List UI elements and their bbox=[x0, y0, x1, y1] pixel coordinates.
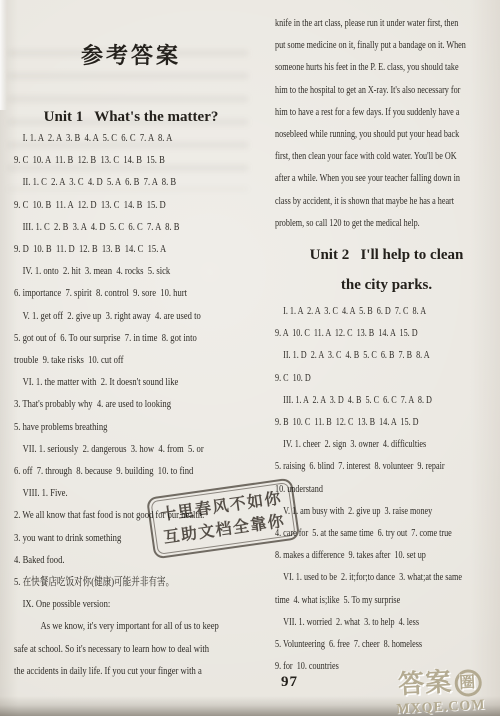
unit2-header-line2: the city parks. bbox=[275, 270, 498, 300]
text-line: 4. Baked food. bbox=[14, 549, 248, 571]
text-line: 9. for 10. countries bbox=[275, 655, 498, 677]
text-line: time 4. what is;like 5. To my surprise bbox=[275, 589, 498, 611]
text-line: VI. 1. the matter with 2. It doesn't sou… bbox=[14, 371, 257, 393]
right-column: knife in the art class, please run it un… bbox=[275, 0, 498, 677]
text-line: put some medicine on it, finally put a b… bbox=[275, 34, 498, 56]
text-line: 9. D 10. B 11. D 12. B 13. B 14. C 15. A bbox=[14, 238, 248, 260]
text-line: nosebleed while running, you should put … bbox=[275, 123, 498, 145]
text-line: 9. A 10. C 11. A 12. C 13. B 14. A 15. D bbox=[275, 322, 498, 344]
unit2-header-line1: Unit 2 I'll help to clean bbox=[275, 240, 498, 270]
text-line: someone hurts his feet in the P. E. clas… bbox=[275, 56, 498, 78]
left-column: 参考答案 Unit 1 What's the matter? I. 1. A 2… bbox=[14, 0, 248, 682]
text-line: 9. C 10. B 11. A 12. D 13. C 14. B 15. D bbox=[14, 194, 248, 216]
text-line: 8. makes a difference 9. takes after 10.… bbox=[275, 544, 498, 566]
text-line: II. 1. C 2. A 3. C 4. D 5. A 6. B 7. A 8… bbox=[14, 171, 257, 193]
text-line: 3. That's probably why 4. are used to lo… bbox=[14, 393, 248, 415]
scanned-answer-page: 参考答案 Unit 1 What's the matter? I. 1. A 2… bbox=[0, 0, 500, 716]
text-line: 10. understand bbox=[275, 478, 498, 500]
unit1-header: Unit 1 What's the matter? bbox=[14, 107, 248, 127]
text-line: 2. We all know that fast food is not goo… bbox=[14, 504, 248, 526]
text-line: the accidents in daily life. If you cut … bbox=[14, 660, 248, 682]
text-line: I. 1. A 2. A 3. B 4. A 5. C 6. C 7. A 8.… bbox=[14, 127, 257, 149]
text-line: 4. care for 5. at the same time 6. try o… bbox=[275, 522, 498, 544]
text-line: VII. 1. seriously 2. dangerous 3. how 4.… bbox=[14, 438, 257, 460]
text-line: III. 1. C 2. B 3. A 4. D 5. C 6. C 7. A … bbox=[14, 216, 257, 238]
text-line: 9. B 10. C 11. B 12. C 13. B 14. A 15. D bbox=[275, 411, 498, 433]
paper-edge-highlight bbox=[0, 0, 7, 110]
text-line: class by accident, it is shown that mayb… bbox=[275, 190, 498, 212]
text-line: problem, so call 120 to get the medical … bbox=[275, 212, 498, 234]
text-line: I. 1. A 2. A 3. C 4. A 5. B 6. D 7. C 8.… bbox=[275, 300, 500, 322]
text-line: V. 1. am busy with 2. give up 3. raise m… bbox=[275, 500, 500, 522]
text-line: him to the hospital to get an X-ray. It'… bbox=[275, 79, 498, 101]
text-line: knife in the art class, please run it un… bbox=[275, 12, 498, 34]
unit1-essay-continued: knife in the art class, please run it un… bbox=[275, 12, 498, 234]
text-line: VI. 1. used to be 2. it;for;to dance 3. … bbox=[275, 566, 500, 588]
text-line: II. 1. D 2. A 3. C 4. B 5. C 6. B 7. B 8… bbox=[275, 344, 500, 366]
text-line: 5. 在快餐店吃饭对你(健康)可能并非有害。 bbox=[14, 571, 248, 593]
text-line: safe at school. So it's necessary to lea… bbox=[14, 638, 248, 660]
text-line: him to have a rest for a few days. If yo… bbox=[275, 101, 498, 123]
text-line: 5. raising 6. blind 7. interest 8. volun… bbox=[275, 455, 498, 477]
text-line: 5. have problems breathing bbox=[14, 416, 248, 438]
text-line: trouble 9. take risks 10. cut off bbox=[14, 349, 248, 371]
text-line: 3. you want to drink something bbox=[14, 527, 248, 549]
text-line: 6. importance 7. spirit 8. control 9. so… bbox=[14, 282, 248, 304]
text-line: 9. C 10. D bbox=[275, 367, 498, 389]
scan-edge-shadow bbox=[0, 696, 500, 716]
text-line: IX. One possible version: bbox=[14, 593, 257, 615]
text-line: 5. Volunteering 6. free 7. cheer 8. home… bbox=[275, 633, 498, 655]
text-line: 9. C 10. A 11. B 12. B 13. C 14. B 15. B bbox=[14, 149, 248, 171]
text-line: 6. off 7. through 8. because 9. building… bbox=[14, 460, 248, 482]
unit1-answer-lines: I. 1. A 2. A 3. B 4. A 5. C 6. C 7. A 8.… bbox=[14, 127, 248, 682]
page-title: 参考答案 bbox=[14, 41, 248, 71]
text-line: first, then clean your face with cold wa… bbox=[275, 145, 498, 167]
text-line: 5. got out of 6. To our surprise 7. in t… bbox=[14, 327, 248, 349]
text-line: V. 1. get off 2. give up 3. right away 4… bbox=[14, 305, 257, 327]
text-line: VIII. 1. Five. bbox=[14, 482, 257, 504]
page-number: 97 bbox=[281, 674, 298, 691]
text-line: III. 1. A 2. A 3. D 4. B 5. C 6. C 7. A … bbox=[275, 389, 500, 411]
unit2-answer-lines: I. 1. A 2. A 3. C 4. A 5. B 6. D 7. C 8.… bbox=[275, 300, 498, 677]
text-line: IV. 1. onto 2. hit 3. mean 4. rocks 5. s… bbox=[14, 260, 257, 282]
text-line: As we know, it's very important for all … bbox=[14, 615, 248, 637]
text-line: IV. 1. cheer 2. sign 3. owner 4. difficu… bbox=[275, 433, 500, 455]
text-line: VII. 1. worried 2. what 3. to help 4. le… bbox=[275, 611, 500, 633]
text-line: after a while. When you see your teacher… bbox=[275, 167, 498, 189]
